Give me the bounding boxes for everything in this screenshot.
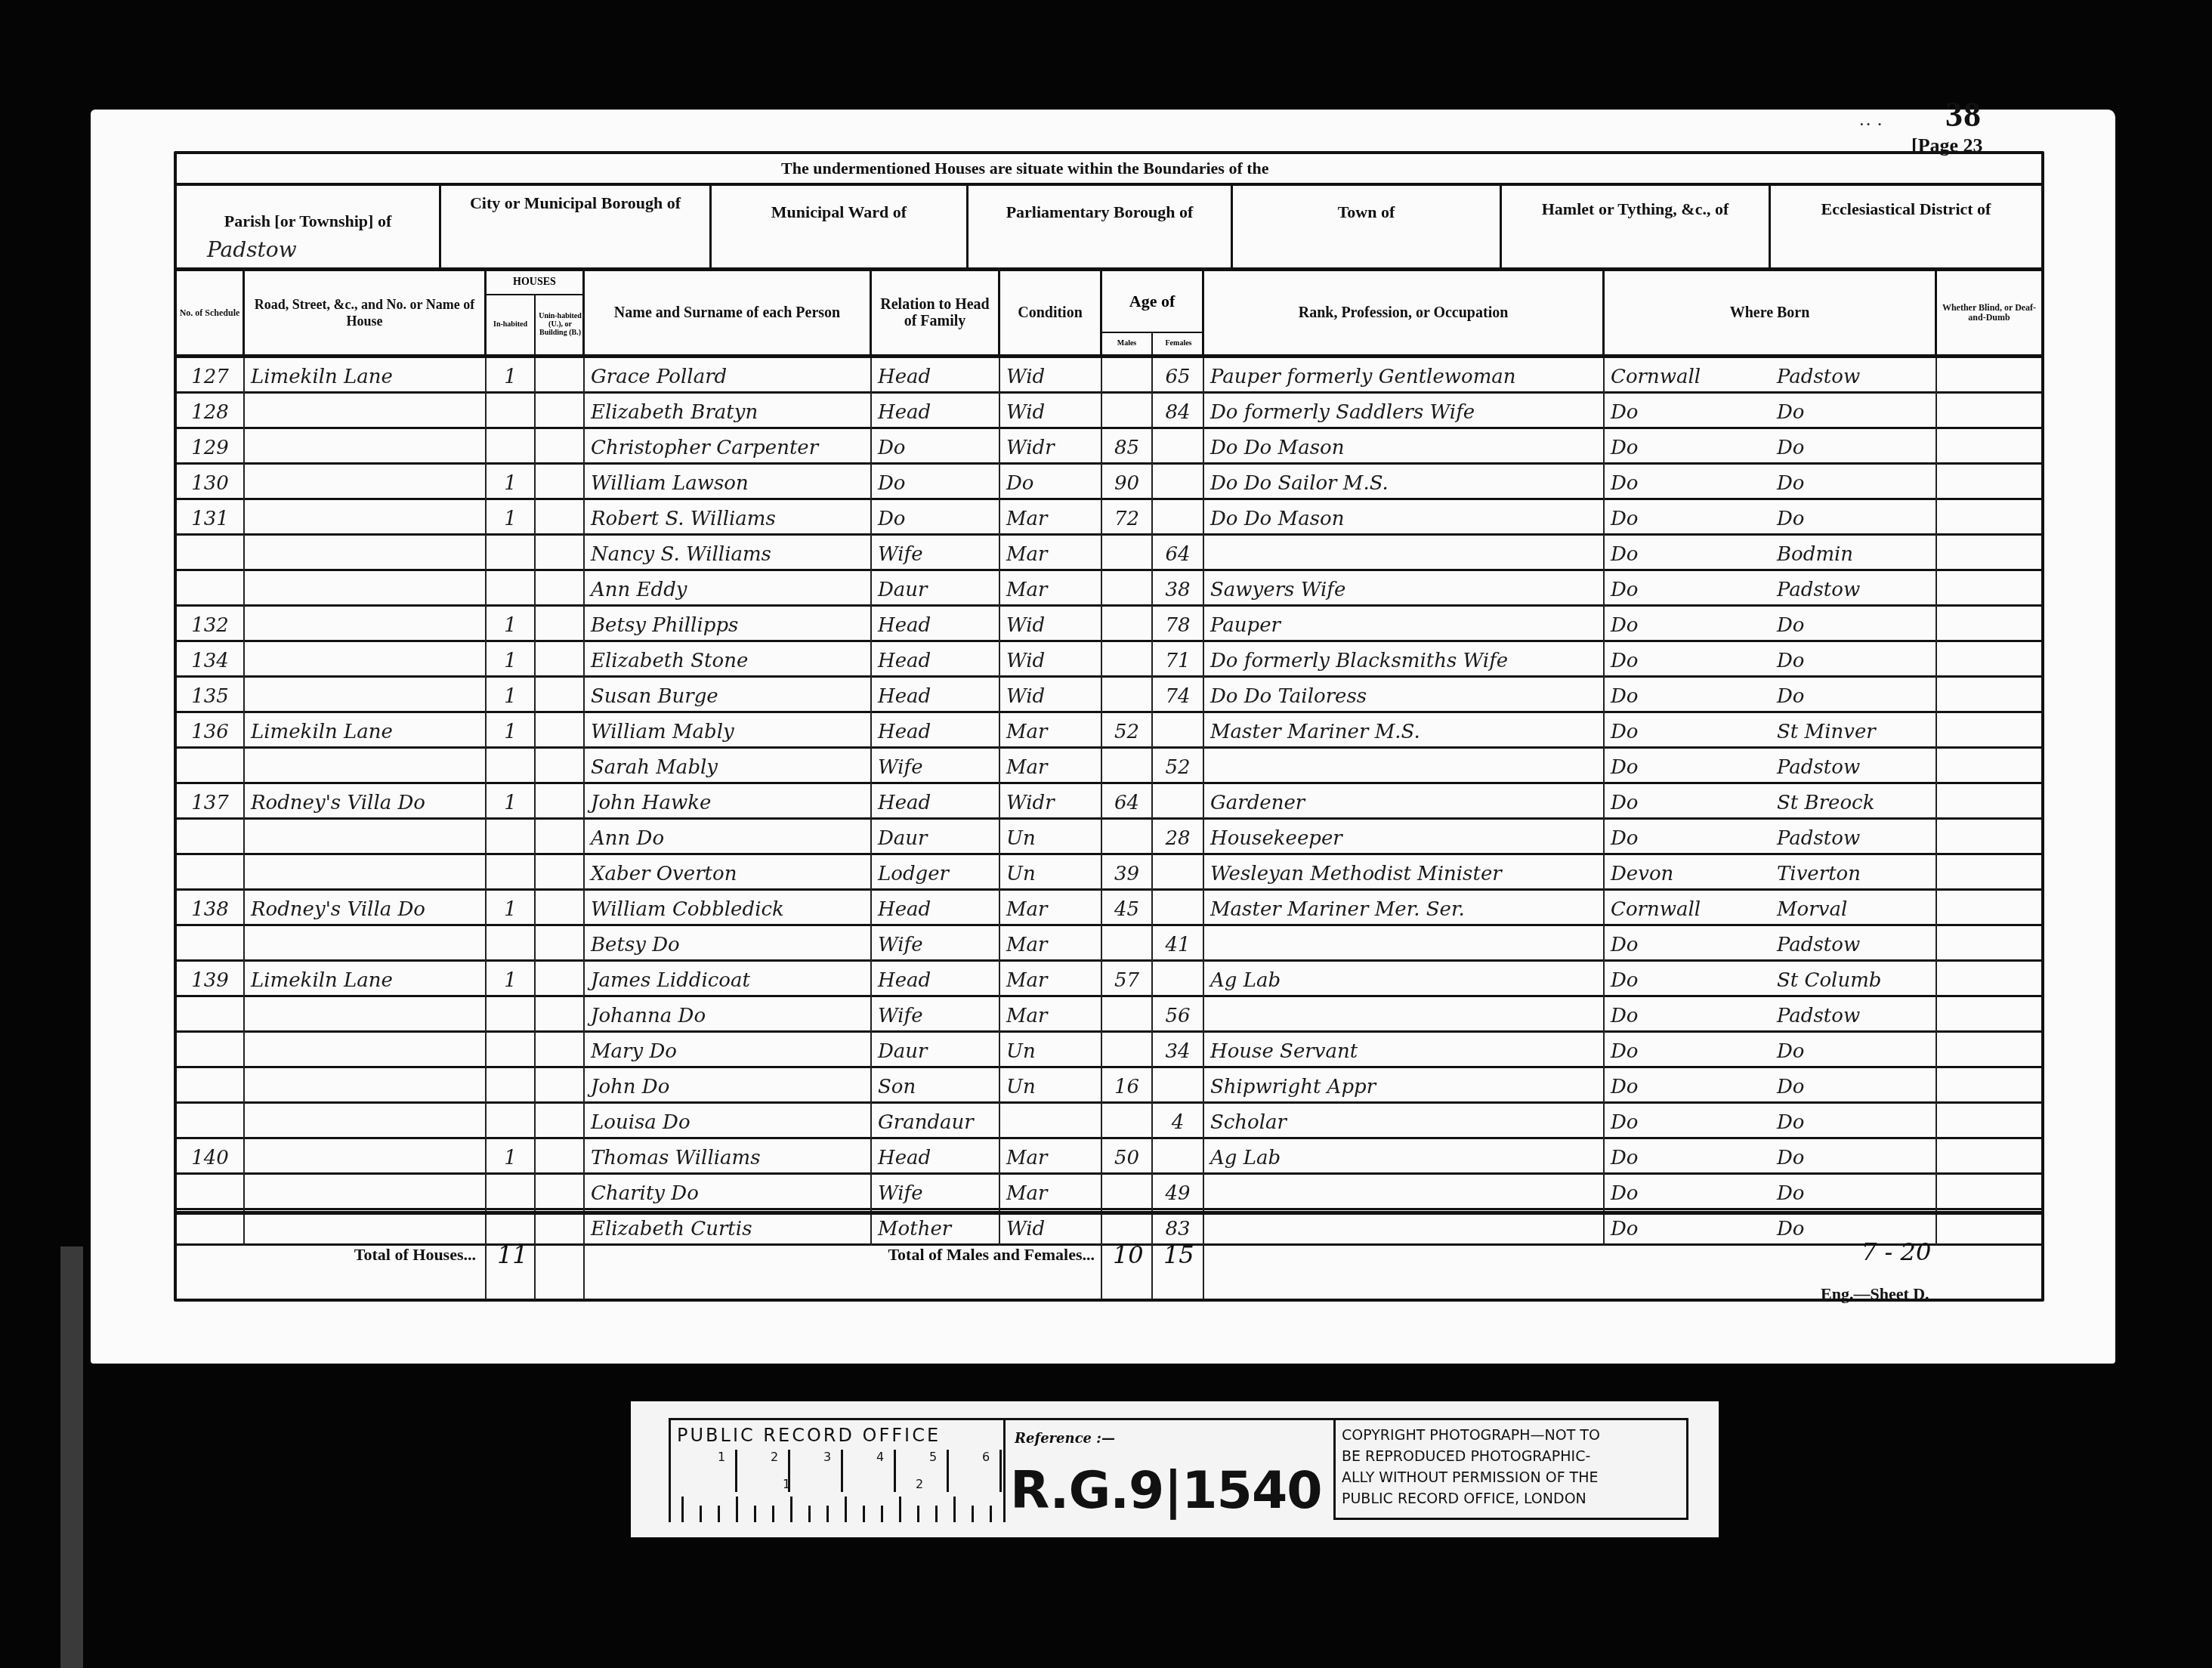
cell-schedule: 138 <box>177 891 245 926</box>
table-row: 1301William LawsonDoDo90Do Do Sailor M.S… <box>177 465 2041 500</box>
cell-occupation <box>1204 1175 1605 1210</box>
header-label: Where Born <box>1606 304 1933 321</box>
cell-occupation: Do formerly Saddlers Wife <box>1204 394 1605 429</box>
cell-name: Nancy S. Williams <box>585 536 872 571</box>
cell-occupation: Ag Lab <box>1204 962 1605 997</box>
cell-female: 41 <box>1153 926 1204 962</box>
cell-uninhabited <box>536 926 585 962</box>
table-row: 1321Betsy PhillippsHeadWid78PauperDoDo <box>177 607 2041 642</box>
cell-condition: Un <box>1000 1068 1102 1104</box>
ruler-tick <box>754 1506 756 1522</box>
header-road: Road, Street, &c., and No. or Name of Ho… <box>245 271 487 354</box>
cell-blind <box>1937 926 2041 962</box>
cell-born-county: Do <box>1605 571 1771 607</box>
cell-road <box>245 429 487 465</box>
cell-relation: Lodger <box>872 855 1000 891</box>
ruler-number-secondary: 1 <box>783 1477 790 1491</box>
cell-uninhabited <box>536 607 585 642</box>
cell-road: Limekiln Lane <box>245 358 487 394</box>
cell-female: 65 <box>1153 358 1204 394</box>
totals-males-cell: 10 <box>1102 1215 1153 1299</box>
form-title: The undermentioned Houses are situate wi… <box>781 159 1269 178</box>
cell-inhabited: 1 <box>487 500 536 536</box>
boundary-parliamentary: Parliamentary Borough of <box>969 186 1233 267</box>
cell-occupation: Do Do Tailoress <box>1204 678 1605 713</box>
cell-schedule: 129 <box>177 429 245 465</box>
cell-born-place: Do <box>1771 1104 1937 1139</box>
cell-blind <box>1937 571 2041 607</box>
cell-male <box>1102 678 1153 713</box>
cell-occupation: Wesleyan Methodist Minister <box>1204 855 1605 891</box>
cell-name: Elizabeth Bratyn <box>585 394 872 429</box>
header-relation: Relation to Head of Family <box>872 271 1000 354</box>
cell-relation: Head <box>872 642 1000 678</box>
cell-condition: Mar <box>1000 571 1102 607</box>
cell-blind <box>1937 1104 2041 1139</box>
cell-male <box>1102 1175 1153 1210</box>
cell-born-place: Do <box>1771 394 1937 429</box>
ruler-number: 4 <box>876 1450 884 1464</box>
cell-blind <box>1937 784 2041 820</box>
cell-schedule <box>177 1104 245 1139</box>
ruler-number: 3 <box>823 1450 831 1464</box>
cell-relation: Do <box>872 429 1000 465</box>
ruler-major-tick <box>947 1450 949 1492</box>
cell-born-place: Padstow <box>1771 571 1937 607</box>
boundary-hamlet: Hamlet or Tything, &c., of <box>1502 186 1771 267</box>
cell-female <box>1153 784 1204 820</box>
cell-female <box>1153 429 1204 465</box>
cell-condition: Mar <box>1000 962 1102 997</box>
cell-male <box>1102 358 1153 394</box>
cell-inhabited <box>487 1104 536 1139</box>
cell-female: 84 <box>1153 394 1204 429</box>
cell-name: James Liddicoat <box>585 962 872 997</box>
cell-road <box>245 855 487 891</box>
copyright-notice: COPYRIGHT PHOTOGRAPH—NOT TOBE REPRODUCED… <box>1333 1418 1688 1520</box>
total-females-value: 15 <box>1163 1240 1194 1269</box>
cell-occupation: Pauper formerly Gentlewoman <box>1204 358 1605 394</box>
header-name: Name and Surname of each Person <box>585 271 872 354</box>
cell-inhabited: 1 <box>487 678 536 713</box>
cell-schedule: 132 <box>177 607 245 642</box>
cell-born-county: Cornwall <box>1605 891 1771 926</box>
cell-female: 34 <box>1153 1033 1204 1068</box>
public-record-office-stamp: PUBLIC RECORD OFFICE 12345612 Reference … <box>631 1401 1719 1537</box>
cell-relation: Head <box>872 1139 1000 1175</box>
boundary-city: City or Municipal Borough of <box>441 186 712 267</box>
cell-born-place: Do <box>1771 465 1937 500</box>
cell-born-county: Cornwall <box>1605 358 1771 394</box>
cell-name: Mary Do <box>585 1033 872 1068</box>
cell-schedule: 135 <box>177 678 245 713</box>
ruler-number: 2 <box>771 1450 778 1464</box>
cell-born-place: Tiverton <box>1771 855 1937 891</box>
cell-inhabited <box>487 1175 536 1210</box>
cell-road <box>245 1139 487 1175</box>
boundary-label: Hamlet or Tything, &c., of <box>1502 199 1769 219</box>
cell-uninhabited <box>536 536 585 571</box>
cell-relation: Son <box>872 1068 1000 1104</box>
cell-inhabited: 1 <box>487 358 536 394</box>
cell-uninhabited <box>536 1104 585 1139</box>
cell-blind <box>1937 997 2041 1033</box>
cell-blind <box>1937 607 2041 642</box>
cell-condition: Mar <box>1000 500 1102 536</box>
cell-born-county: Do <box>1605 749 1771 784</box>
cell-inhabited <box>487 820 536 855</box>
cell-uninhabited <box>536 820 585 855</box>
table-row: 128Elizabeth BratynHeadWid84Do formerly … <box>177 394 2041 429</box>
cell-schedule: 130 <box>177 465 245 500</box>
table-row: 138Rodney's Villa Do1William CobbledickH… <box>177 891 2041 926</box>
cell-male <box>1102 642 1153 678</box>
header-label: Road, Street, &c., and No. or Name of Ho… <box>246 296 483 329</box>
table-row: 1311Robert S. WilliamsDoMar72Do Do Mason… <box>177 500 2041 536</box>
ruler-tick <box>808 1506 811 1522</box>
ruler-number: 5 <box>929 1450 937 1464</box>
totals-houses-label-cell: Total of Houses... <box>177 1215 487 1299</box>
cell-road <box>245 571 487 607</box>
cell-schedule <box>177 926 245 962</box>
pro-ruler-box: PUBLIC RECORD OFFICE 12345612 <box>669 1418 1006 1522</box>
ruler-tick <box>681 1497 684 1522</box>
cell-name: Louisa Do <box>585 1104 872 1139</box>
header-born: Where Born <box>1605 271 1937 354</box>
cell-born-county: Devon <box>1605 855 1771 891</box>
cell-blind <box>1937 891 2041 926</box>
cell-born-place: Padstow <box>1771 749 1937 784</box>
cell-born-place: Padstow <box>1771 997 1937 1033</box>
cell-occupation: Ag Lab <box>1204 1139 1605 1175</box>
cell-road <box>245 394 487 429</box>
header-blind: Whether Blind, or Deaf-and-Dumb <box>1937 271 2041 354</box>
header-females: Females <box>1153 332 1204 354</box>
ruler-number: 1 <box>718 1450 725 1464</box>
cell-female: 49 <box>1153 1175 1204 1210</box>
cell-condition: Wid <box>1000 607 1102 642</box>
cell-born-place: St Breock <box>1771 784 1937 820</box>
cell-female <box>1153 891 1204 926</box>
cell-blind <box>1937 358 2041 394</box>
cell-born-county: Do <box>1605 1104 1771 1139</box>
cell-born-place: St Columb <box>1771 962 1937 997</box>
cell-female: 78 <box>1153 607 1204 642</box>
cell-schedule: 134 <box>177 642 245 678</box>
table-row: 137Rodney's Villa Do1John HawkeHeadWidr6… <box>177 784 2041 820</box>
totals-persons-label-cell: Total of Males and Females... <box>585 1215 1102 1299</box>
cell-condition: Mar <box>1000 749 1102 784</box>
cell-occupation: Do formerly Blacksmiths Wife <box>1204 642 1605 678</box>
cell-road <box>245 1068 487 1104</box>
cell-road <box>245 926 487 962</box>
cell-born-county: Do <box>1605 784 1771 820</box>
cell-male <box>1102 1033 1153 1068</box>
ruler-tick <box>700 1506 702 1522</box>
cell-schedule: 131 <box>177 500 245 536</box>
cell-name: Ann Eddy <box>585 571 872 607</box>
header-houses: HOUSES In-habited Unin-habited (U.), or … <box>487 271 585 354</box>
cell-inhabited <box>487 571 536 607</box>
cell-uninhabited <box>536 429 585 465</box>
total-persons-label: Total of Males and Females... <box>888 1245 1095 1265</box>
totals-houses-cell: 11 <box>487 1215 536 1299</box>
cell-road: Rodney's Villa Do <box>245 784 487 820</box>
copyright-line: PUBLIC RECORD OFFICE, LONDON <box>1342 1488 1680 1509</box>
header-label: Rank, Profession, or Occupation <box>1206 304 1601 321</box>
cell-born-county: Do <box>1605 1175 1771 1210</box>
cell-inhabited: 1 <box>487 607 536 642</box>
table-row: Betsy DoWifeMar41DoPadstow <box>177 926 2041 962</box>
ruler-tick <box>899 1497 901 1522</box>
cell-female <box>1153 465 1204 500</box>
cell-uninhabited <box>536 1068 585 1104</box>
cell-road <box>245 820 487 855</box>
cell-uninhabited <box>536 642 585 678</box>
cell-born-county: Do <box>1605 465 1771 500</box>
cell-occupation: Do Do Mason <box>1204 500 1605 536</box>
cell-name: Sarah Mably <box>585 749 872 784</box>
cell-female: 4 <box>1153 1104 1204 1139</box>
cell-name: Charity Do <box>585 1175 872 1210</box>
cell-born-county: Do <box>1605 1139 1771 1175</box>
table-row: 1401Thomas WilliamsHeadMar50Ag LabDoDo <box>177 1139 2041 1175</box>
cell-uninhabited <box>536 571 585 607</box>
sheet-label: Eng.—Sheet D. <box>1821 1284 1929 1304</box>
cell-condition: Mar <box>1000 997 1102 1033</box>
cell-male <box>1102 394 1153 429</box>
cell-born-county: Do <box>1605 607 1771 642</box>
cell-relation: Grandaur <box>872 1104 1000 1139</box>
cell-occupation: Do Do Mason <box>1204 429 1605 465</box>
cell-born-place: Do <box>1771 678 1937 713</box>
cell-uninhabited <box>536 678 585 713</box>
cell-name: Betsy Do <box>585 926 872 962</box>
cell-born-place: Morval <box>1771 891 1937 926</box>
cell-road: Limekiln Lane <box>245 962 487 997</box>
cell-schedule <box>177 536 245 571</box>
cell-name: William Cobbledick <box>585 891 872 926</box>
cell-male: 52 <box>1102 713 1153 749</box>
cell-name: Xaber Overton <box>585 855 872 891</box>
cell-schedule: 128 <box>177 394 245 429</box>
ruler-tick <box>863 1506 865 1522</box>
cell-born-place: St Minver <box>1771 713 1937 749</box>
folio-number: 38 <box>1945 94 1982 134</box>
cell-schedule <box>177 1175 245 1210</box>
cell-female: 38 <box>1153 571 1204 607</box>
cell-schedule <box>177 1033 245 1068</box>
page-marks: ·· · <box>1858 113 1883 136</box>
cell-schedule: 127 <box>177 358 245 394</box>
cell-road <box>245 642 487 678</box>
film-edge <box>60 1246 83 1668</box>
cell-road: Limekiln Lane <box>245 713 487 749</box>
table-row: 129Christopher CarpenterDoWidr85Do Do Ma… <box>177 429 2041 465</box>
cell-male <box>1102 820 1153 855</box>
cell-born-place: Do <box>1771 1175 1937 1210</box>
cell-occupation: Master Mariner M.S. <box>1204 713 1605 749</box>
cell-road <box>245 1104 487 1139</box>
cell-occupation: Scholar <box>1204 1104 1605 1139</box>
cell-blind <box>1937 465 2041 500</box>
cell-born-county: Do <box>1605 678 1771 713</box>
cell-condition: Widr <box>1000 429 1102 465</box>
cell-occupation: Pauper <box>1204 607 1605 642</box>
cell-relation: Head <box>872 784 1000 820</box>
ruler-tick <box>953 1497 956 1522</box>
cell-blind <box>1937 500 2041 536</box>
cell-relation: Head <box>872 607 1000 642</box>
cell-male <box>1102 571 1153 607</box>
cell-blind <box>1937 820 2041 855</box>
cell-blind <box>1937 749 2041 784</box>
cell-occupation: Gardener <box>1204 784 1605 820</box>
cell-inhabited <box>487 855 536 891</box>
copyright-line: BE REPRODUCED PHOTOGRAPHIC- <box>1342 1446 1680 1467</box>
cell-blind <box>1937 1068 2041 1104</box>
cell-relation: Daur <box>872 820 1000 855</box>
table-row: Sarah MablyWifeMar52DoPadstow <box>177 749 2041 784</box>
cell-female: 64 <box>1153 536 1204 571</box>
cell-relation: Head <box>872 962 1000 997</box>
reference-label: Reference :— <box>1015 1431 1115 1447</box>
cell-road <box>245 500 487 536</box>
cell-inhabited: 1 <box>487 465 536 500</box>
table-row: 139Limekiln Lane1James LiddicoatHeadMar5… <box>177 962 2041 997</box>
cell-born-county: Do <box>1605 997 1771 1033</box>
boundary-label: Town of <box>1233 202 1500 222</box>
cell-relation: Wife <box>872 1175 1000 1210</box>
cell-inhabited: 1 <box>487 713 536 749</box>
cell-female <box>1153 1139 1204 1175</box>
cell-occupation: Shipwright Appr <box>1204 1068 1605 1104</box>
cell-born-place: Do <box>1771 1068 1937 1104</box>
cell-name: Betsy Phillipps <box>585 607 872 642</box>
boundary-label: Parliamentary Borough of <box>969 202 1231 222</box>
cell-inhabited: 1 <box>487 962 536 997</box>
total-houses-value: 11 <box>497 1240 528 1269</box>
table-row: Xaber OvertonLodgerUn39Wesleyan Methodis… <box>177 855 2041 891</box>
cell-name: Robert S. Williams <box>585 500 872 536</box>
cell-schedule <box>177 855 245 891</box>
boundary-label: Ecclesiastical District of <box>1771 199 2041 219</box>
cell-male: 64 <box>1102 784 1153 820</box>
table-row: 1341Elizabeth StoneHeadWid71Do formerly … <box>177 642 2041 678</box>
cell-inhabited: 1 <box>487 1139 536 1175</box>
table-row: Johanna DoWifeMar56DoPadstow <box>177 997 2041 1033</box>
boundary-parish: Parish [or Township] of Padstow <box>177 186 441 267</box>
header-label: Relation to Head of Family <box>873 296 996 329</box>
cell-born-county: Do <box>1605 962 1771 997</box>
cell-born-place: Do <box>1771 1139 1937 1175</box>
cell-male <box>1102 1104 1153 1139</box>
cell-condition: Widr <box>1000 784 1102 820</box>
ruler-tick <box>881 1506 883 1522</box>
ruler-tick <box>935 1506 938 1522</box>
cell-condition: Mar <box>1000 1175 1102 1210</box>
cell-female <box>1153 1068 1204 1104</box>
cell-inhabited <box>487 394 536 429</box>
table-row: 127Limekiln Lane1Grace PollardHeadWid65P… <box>177 358 2041 394</box>
boundary-ward: Municipal Ward of <box>712 186 969 267</box>
boundary-ecclesiastical: Ecclesiastical District of <box>1771 186 2041 267</box>
header-label: Condition <box>1002 304 1098 321</box>
cell-schedule <box>177 749 245 784</box>
cell-born-county: Do <box>1605 500 1771 536</box>
cell-name: Grace Pollard <box>585 358 872 394</box>
ruler-tick <box>736 1497 738 1522</box>
cell-schedule: 136 <box>177 713 245 749</box>
cell-male: 85 <box>1102 429 1153 465</box>
header-occupation: Rank, Profession, or Occupation <box>1204 271 1605 354</box>
cell-uninhabited <box>536 1033 585 1068</box>
cell-female: 28 <box>1153 820 1204 855</box>
cell-born-place: Bodmin <box>1771 536 1937 571</box>
cell-female <box>1153 713 1204 749</box>
reference-box: Reference :— R.G.9|1540 <box>1001 1418 1333 1522</box>
cell-name: Thomas Williams <box>585 1139 872 1175</box>
cell-name: John Do <box>585 1068 872 1104</box>
cell-born-place: Do <box>1771 642 1937 678</box>
cell-inhabited: 1 <box>487 642 536 678</box>
cell-born-county: Do <box>1605 536 1771 571</box>
cell-born-place: Do <box>1771 429 1937 465</box>
cell-inhabited <box>487 536 536 571</box>
cell-born-county: Do <box>1605 642 1771 678</box>
cell-inhabited <box>487 749 536 784</box>
ruler-number-secondary: 2 <box>916 1477 923 1491</box>
cell-occupation: Housekeeper <box>1204 820 1605 855</box>
cell-female: 71 <box>1153 642 1204 678</box>
cell-schedule <box>177 997 245 1033</box>
cell-name: Johanna Do <box>585 997 872 1033</box>
cell-blind <box>1937 642 2041 678</box>
ruler-tick <box>772 1506 774 1522</box>
cell-inhabited <box>487 997 536 1033</box>
copyright-line: COPYRIGHT PHOTOGRAPH—NOT TO <box>1342 1425 1680 1446</box>
table-row: 136Limekiln Lane1William MablyHeadMar52M… <box>177 713 2041 749</box>
ruler-number: 6 <box>982 1450 990 1464</box>
cell-male <box>1102 926 1153 962</box>
cell-uninhabited <box>536 465 585 500</box>
cell-occupation: Sawyers Wife <box>1204 571 1605 607</box>
cell-road <box>245 536 487 571</box>
header-label: Whether Blind, or Deaf-and-Dumb <box>1939 303 2040 323</box>
ruler-major-tick <box>894 1450 896 1492</box>
ruler-major-tick <box>735 1450 737 1492</box>
cell-relation: Head <box>872 713 1000 749</box>
cell-born-place: Do <box>1771 607 1937 642</box>
cell-blind <box>1937 962 2041 997</box>
cell-uninhabited <box>536 1175 585 1210</box>
cell-relation: Daur <box>872 1033 1000 1068</box>
table-row: Ann DoDaurUn28HousekeeperDoPadstow <box>177 820 2041 855</box>
cell-born-county: Do <box>1605 394 1771 429</box>
cell-relation: Do <box>872 500 1000 536</box>
cell-uninhabited <box>536 997 585 1033</box>
cell-condition: Wid <box>1000 394 1102 429</box>
cell-born-county: Do <box>1605 1068 1771 1104</box>
cell-inhabited <box>487 926 536 962</box>
ruler-tick <box>718 1506 720 1522</box>
cell-occupation: House Servant <box>1204 1033 1605 1068</box>
cell-uninhabited <box>536 713 585 749</box>
cell-condition: Un <box>1000 820 1102 855</box>
cell-road <box>245 1175 487 1210</box>
cell-name: Ann Do <box>585 820 872 855</box>
cell-name: William Lawson <box>585 465 872 500</box>
